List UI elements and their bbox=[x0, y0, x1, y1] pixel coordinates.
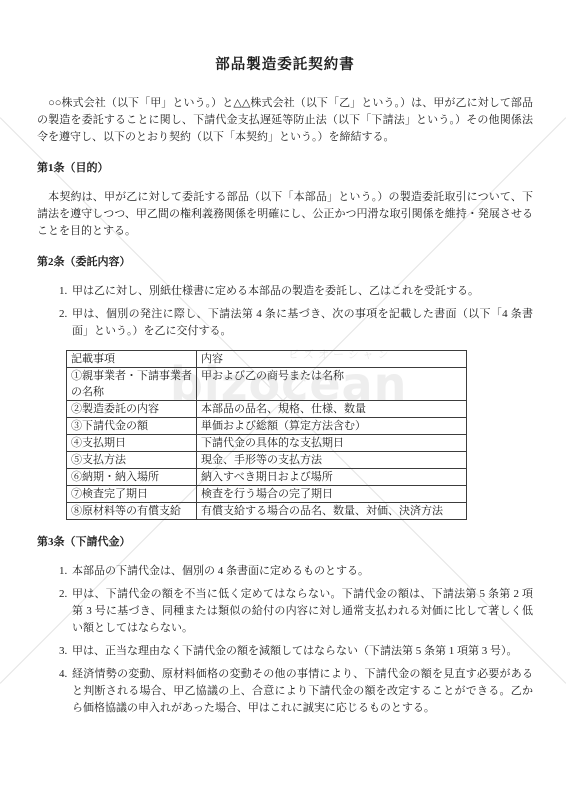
article-3-item-list: 本部品の下請代金は、個別の 4 条書面に定めるものとする。 甲は、下請代金の額を… bbox=[37, 563, 533, 717]
table-cell-desc: 納入すべき期日および場所 bbox=[197, 469, 467, 486]
article-3-item: 経済情勢の変動、原材料価格の変動その他の事情により、下請代金の額を見直す必要があ… bbox=[70, 666, 533, 717]
table-cell-desc: 有償支給する場合の品名、数量、対価、決済方法 bbox=[197, 503, 467, 520]
table-row: ⑥納期・納入場所 納入すべき期日および場所 bbox=[67, 469, 467, 486]
table-cell-desc: 本部品の品名、規格、仕様、数量 bbox=[197, 401, 467, 418]
article-3-item: 甲は、下請代金の額を不当に低く定めてはならない。下請代金の額は、下請法第 5 条… bbox=[70, 586, 533, 637]
table-row: ③下請代金の額 単価および総額（算定方法含む） bbox=[67, 418, 467, 435]
article-4-items-table: 記載事項 内容 ①親事業者・下請事業者の名称 甲および乙の商号または名称 ②製造… bbox=[66, 350, 467, 520]
document-title: 部品製造委託契約書 bbox=[37, 57, 533, 74]
article-2-item: 甲は乙に対し、別紙仕様書に定める本部品の製造を委託し、乙はこれを受託する。 bbox=[70, 283, 533, 300]
table-cell-desc: 下請代金の具体的な支払期日 bbox=[197, 435, 467, 452]
article-3-item: 本部品の下請代金は、個別の 4 条書面に定めるものとする。 bbox=[70, 563, 533, 580]
contract-document-page: ビズオーシャン bizocean 部品製造委託契約書 ○○株式会社（以下「甲」と… bbox=[0, 0, 566, 800]
table-cell-item: ⑤支払方法 bbox=[67, 452, 197, 469]
table-header-item: 記載事項 bbox=[67, 351, 197, 368]
table-row: ②製造委託の内容 本部品の品名、規格、仕様、数量 bbox=[67, 401, 467, 418]
table-row: ⑤支払方法 現金、手形等の支払方法 bbox=[67, 452, 467, 469]
table-cell-desc: 検査を行う場合の完了期日 bbox=[197, 486, 467, 503]
table-cell-item: ⑧原材料等の有償支給 bbox=[67, 503, 197, 520]
table-cell-item: ①親事業者・下請事業者の名称 bbox=[67, 368, 197, 401]
table-cell-item: ④支払期日 bbox=[67, 435, 197, 452]
article-2-item: 甲は、個別の発注に際し、下請法第 4 条に基づき、次の事項を記載した書面（以下「… bbox=[70, 306, 533, 340]
document-content: 部品製造委託契約書 ○○株式会社（以下「甲」という。）と△△株式会社（以下「乙」… bbox=[0, 0, 566, 717]
article-2-item-list: 甲は乙に対し、別紙仕様書に定める本部品の製造を委託し、乙はこれを受託する。 甲は… bbox=[37, 283, 533, 340]
article-2-heading: 第2条（委託内容） bbox=[37, 254, 533, 271]
table-cell-item: ⑥納期・納入場所 bbox=[67, 469, 197, 486]
table-cell-desc: 単価および総額（算定方法含む） bbox=[197, 418, 467, 435]
table-header-desc: 内容 bbox=[197, 351, 467, 368]
table-cell-desc: 甲および乙の商号または名称 bbox=[197, 368, 467, 401]
table-cell-desc: 現金、手形等の支払方法 bbox=[197, 452, 467, 469]
table-row: ④支払期日 下請代金の具体的な支払期日 bbox=[67, 435, 467, 452]
table-header-row: 記載事項 内容 bbox=[67, 351, 467, 368]
article-1-heading: 第1条（目的） bbox=[37, 160, 533, 177]
preamble-paragraph: ○○株式会社（以下「甲」という。）と△△株式会社（以下「乙」という。）は、甲が乙… bbox=[37, 95, 533, 146]
article-3-item: 甲は、正当な理由なく下請代金の額を減額してはならない（下請法第 5 条第 1 項… bbox=[70, 643, 533, 660]
table-row: ①親事業者・下請事業者の名称 甲および乙の商号または名称 bbox=[67, 368, 467, 401]
table-cell-item: ②製造委託の内容 bbox=[67, 401, 197, 418]
article-1-body: 本契約は、甲が乙に対して委託する部品（以下「本部品」という。）の製造委託取引につ… bbox=[37, 189, 533, 240]
table-row: ⑦検査完了期日 検査を行う場合の完了期日 bbox=[67, 486, 467, 503]
table-cell-item: ⑦検査完了期日 bbox=[67, 486, 197, 503]
table-row: ⑧原材料等の有償支給 有償支給する場合の品名、数量、対価、決済方法 bbox=[67, 503, 467, 520]
table-cell-item: ③下請代金の額 bbox=[67, 418, 197, 435]
article-3-heading: 第3条（下請代金） bbox=[37, 534, 533, 551]
